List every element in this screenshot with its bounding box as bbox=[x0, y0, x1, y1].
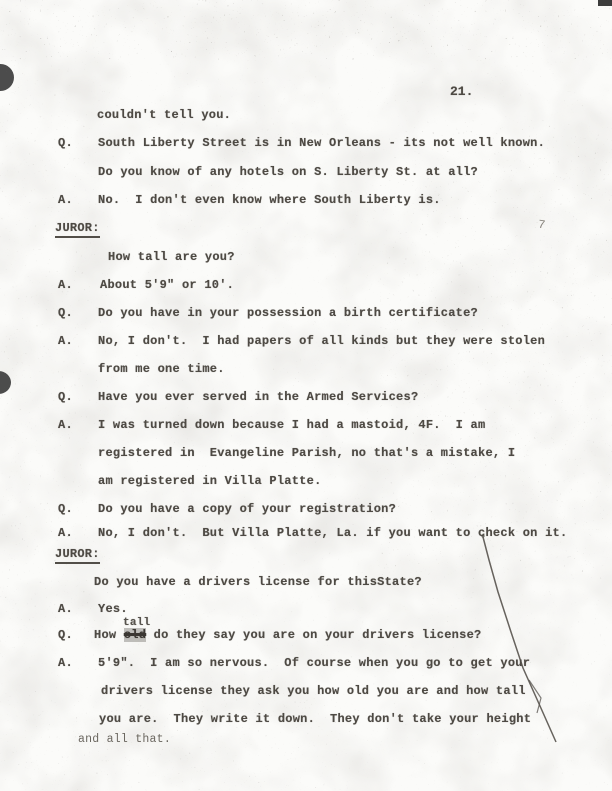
speaker-label: A. bbox=[58, 526, 73, 540]
line-text: About 5'9" or 10'. bbox=[100, 278, 234, 292]
line-text: How tall are you? bbox=[108, 250, 235, 264]
transcript-line: am registered in Villa Platte. bbox=[0, 474, 612, 490]
line-text: No, I don't. But Villa Platte, La. if yo… bbox=[98, 526, 567, 540]
transcript-line: A.I was turned down because I had a mast… bbox=[0, 418, 612, 434]
line-text: registered in Evangeline Parish, no that… bbox=[98, 446, 515, 460]
line-text: How old do they say you are on your driv… bbox=[94, 628, 481, 642]
line-text: am registered in Villa Platte. bbox=[98, 474, 322, 488]
transcript-line: registered in Evangeline Parish, no that… bbox=[0, 446, 612, 462]
line-text: Do you know of any hotels on S. Liberty … bbox=[98, 165, 478, 179]
page-number: 21. bbox=[450, 84, 473, 99]
speaker-label: Q. bbox=[58, 390, 73, 404]
speaker-label: Q. bbox=[58, 502, 73, 516]
line-text: JUROR: bbox=[55, 221, 100, 238]
line-text: Do you have a drivers license for thisSt… bbox=[94, 575, 422, 589]
transcript-line: Q.Do you have in your possession a birth… bbox=[0, 306, 612, 322]
line-text: No, I don't. I had papers of all kinds b… bbox=[98, 334, 545, 348]
line-text: from me one time. bbox=[98, 362, 225, 376]
transcript-line: Q.Do you have a copy of your registratio… bbox=[0, 502, 612, 518]
corner-scan-artifact bbox=[598, 0, 612, 6]
line-text: I was turned down because I had a mastoi… bbox=[98, 418, 485, 432]
juror-heading: JUROR: bbox=[0, 547, 612, 563]
line-text: Have you ever served in the Armed Servic… bbox=[98, 390, 418, 404]
transcript-line: and all that. bbox=[0, 733, 612, 749]
transcript-line: from me one time. bbox=[0, 362, 612, 378]
line-text: JUROR: bbox=[55, 547, 100, 564]
speaker-label: Q. bbox=[58, 306, 73, 320]
transcript-line: Do you have a drivers license for thisSt… bbox=[0, 575, 612, 591]
line-text: Yes. bbox=[98, 602, 128, 616]
speaker-label: A. bbox=[58, 278, 73, 292]
speaker-label: A. bbox=[58, 418, 73, 432]
transcript-line: A.No, I don't. I had papers of all kinds… bbox=[0, 334, 612, 350]
juror-heading: JUROR: bbox=[0, 221, 612, 237]
line-text: you are. They write it down. They don't … bbox=[99, 712, 531, 726]
transcript-line: couldn't tell you. bbox=[0, 108, 612, 124]
struck-out-word: old bbox=[124, 628, 146, 642]
speaker-label: Q. bbox=[58, 628, 73, 642]
speaker-label: A. bbox=[58, 602, 73, 616]
transcript-line: A.5'9". I am so nervous. Of course when … bbox=[0, 656, 612, 672]
speaker-label: A. bbox=[58, 656, 73, 670]
scanned-transcript-page: 21. 7 couldn't tell you.Q.South Liberty … bbox=[0, 0, 612, 791]
speaker-label: A. bbox=[58, 334, 73, 348]
line-text: drivers license they ask you how old you… bbox=[101, 684, 526, 698]
transcript-line: A.No. I don't even know where South Libe… bbox=[0, 193, 612, 209]
line-text: South Liberty Street is in New Orleans -… bbox=[98, 136, 545, 150]
line-text: and all that. bbox=[78, 733, 171, 747]
transcript-line: A.No, I don't. But Villa Platte, La. if … bbox=[0, 526, 612, 542]
line-text: Do you have a copy of your registration? bbox=[98, 502, 396, 516]
hole-punch-mark-top bbox=[0, 64, 14, 91]
speaker-label: Q. bbox=[58, 136, 73, 150]
line-text: No. I don't even know where South Libert… bbox=[98, 193, 441, 207]
transcript-line: Q.South Liberty Street is in New Orleans… bbox=[0, 136, 612, 152]
line-text: 5'9". I am so nervous. Of course when yo… bbox=[98, 656, 530, 670]
line-text: couldn't tell you. bbox=[97, 108, 231, 122]
transcript-line: How tall are you? bbox=[0, 250, 612, 266]
transcript-line: you are. They write it down. They don't … bbox=[0, 712, 612, 728]
transcript-line: Q.How old do they say you are on your dr… bbox=[0, 628, 612, 644]
transcript-line: A.About 5'9" or 10'. bbox=[0, 278, 612, 294]
line-text: Do you have in your possession a birth c… bbox=[98, 306, 478, 320]
transcript-line: Do you know of any hotels on S. Liberty … bbox=[0, 165, 612, 181]
transcript-line: drivers license they ask you how old you… bbox=[0, 684, 612, 700]
speaker-label: A. bbox=[58, 193, 73, 207]
transcript-line: Q.Have you ever served in the Armed Serv… bbox=[0, 390, 612, 406]
